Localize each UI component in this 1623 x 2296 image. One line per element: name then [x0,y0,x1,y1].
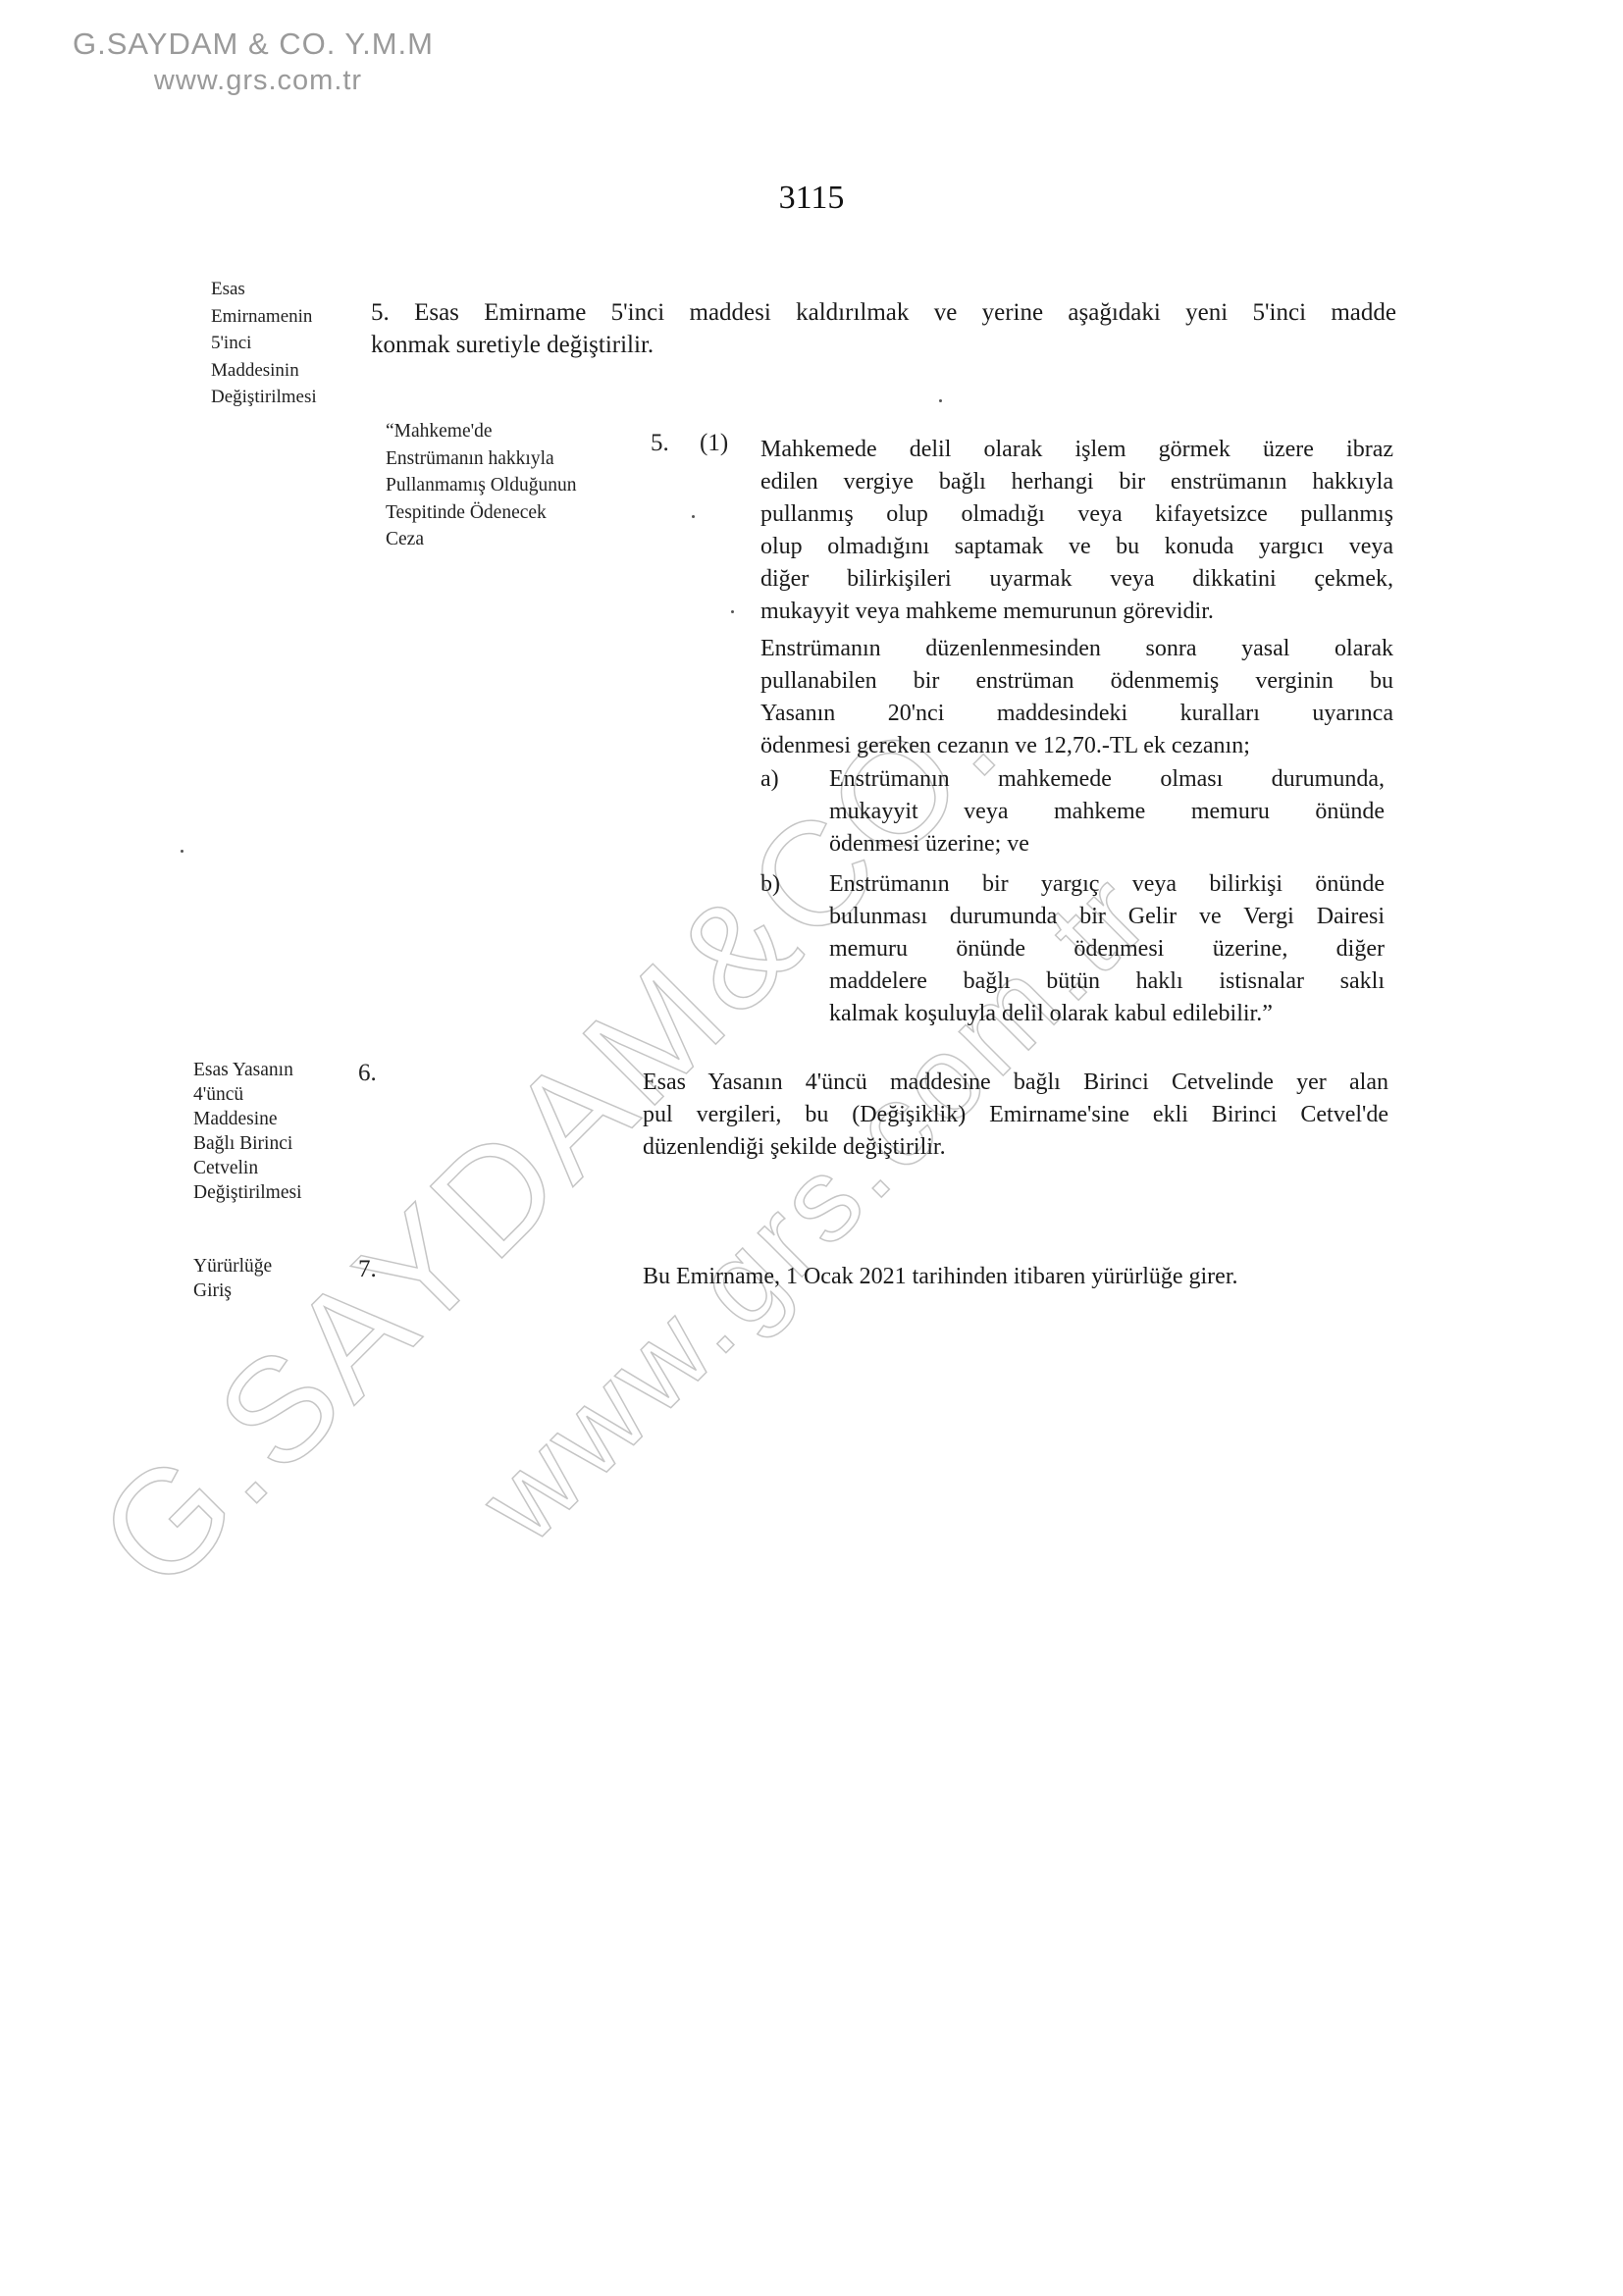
section6-number: 6. [358,1060,377,1087]
scan-speck [181,850,183,853]
text-line: Bu Emirname, 1 Ocak 2021 tarihinden itib… [643,1261,1388,1293]
sub-item-b: b) Enstrümanın bir yargıç veya bilirkişi… [760,868,1393,1035]
text-line: konmak suretiyle değiştirilir. [371,329,1396,361]
sub-item-text: Enstrümanın bir yargıç veya bilirkişi ön… [829,868,1385,1030]
text-line: pullanmış olup olmadığı veya kifayetsizc… [760,498,1393,531]
text-line: Enstrümanın mahkemede olması durumunda, [829,763,1385,796]
side-title-line: Tespitinde Ödenecek [386,499,641,527]
text-line: pul vergileri, bu (Değişiklik) Emirname'… [643,1099,1388,1131]
firm-website: www.grs.com.tr [47,63,459,98]
text-line: mukayyit veya mahkeme memurunun görevidi… [760,596,1393,628]
margin-line: Cetvelin [193,1156,350,1180]
text-line: memuru önünde ödenmesi üzerine, diğer [829,933,1385,965]
side-title-line: Ceza [386,526,641,553]
sub-item-a: a) Enstrümanın mahkemede olması durumund… [760,763,1393,861]
section5-intro: 5. Esas Emirname 5'inci maddesi kaldırıl… [371,296,1396,361]
text-line: Enstrümanın düzenlenmesinden sonra yasal… [760,633,1393,665]
scan-speck [939,399,942,402]
sub-item-label: a) [760,763,779,796]
clause-number: (1) [700,430,728,457]
text-line: diğer bilirkişileri uyarmak veya dikkati… [760,563,1393,596]
firm-name: G.SAYDAM & CO. Y.M.M [47,26,459,63]
section7-number: 7. [358,1256,377,1283]
margin-line: 4'üncü [193,1082,350,1107]
text-line: kalmak koşuluyla delil olarak kabul edil… [829,998,1385,1030]
margin-line: Emirnamenin [211,303,348,331]
text-line: Mahkemede delil olarak işlem görmek üzer… [760,434,1393,466]
sub-item-text: Enstrümanın mahkemede olması durumunda, … [829,763,1385,861]
margin-line: Yürürlüğe [193,1254,350,1278]
section5-margin-title: Esas Emirnamenin 5'inci Maddesinin Değiş… [211,276,348,411]
margin-line: Değiştirilmesi [193,1180,350,1205]
text-line: edilen vergiye bağlı herhangi bir enstrü… [760,466,1393,498]
text-line: Yasanın 20'nci maddesindeki kuralları uy… [760,698,1393,730]
side-title-line: “Mahkeme'de [386,418,641,445]
margin-line: Değiştirilmesi [211,384,348,411]
clause-paragraph-1: Mahkemede delil olarak işlem görmek üzer… [760,434,1393,628]
page-number: 3115 [0,180,1623,217]
new-article-side-title: “Mahkeme'de Enstrümanın hakkıyla Pullanm… [386,418,641,553]
text-line: ödenmesi üzerine; ve [829,828,1385,861]
text-line: 5. Esas Emirname 5'inci maddesi kaldırıl… [371,296,1396,329]
new-article-number: 5. [651,430,669,457]
text-line: Esas Yasanın 4'üncü maddesine bağlı Biri… [643,1067,1388,1099]
margin-line: Maddesinin [211,357,348,385]
margin-line: Esas Yasanın [193,1058,350,1082]
section7-margin-title: Yürürlüğe Giriş [193,1254,350,1303]
text-line: olup olmadığını saptamak ve bu konuda ya… [760,531,1393,563]
text-line: düzenlendiği şekilde değiştirilir. [643,1131,1388,1164]
margin-line: 5'inci [211,330,348,357]
section6-margin-title: Esas Yasanın 4'üncü Maddesine Bağlı Biri… [193,1058,350,1205]
scan-speck [692,515,695,518]
clause-paragraph-2: Enstrümanın düzenlenmesinden sonra yasal… [760,633,1393,762]
section6-text: Esas Yasanın 4'üncü maddesine bağlı Biri… [643,1067,1388,1164]
section7-text: Bu Emirname, 1 Ocak 2021 tarihinden itib… [643,1261,1388,1293]
text-line: bulunması durumunda bir Gelir ve Vergi D… [829,901,1385,933]
text-line: mukayyit veya mahkeme memuru önünde [829,796,1385,828]
text-line: pullanabilen bir enstrüman ödenmemiş ver… [760,665,1393,698]
side-title-line: Enstrümanın hakkıyla [386,445,641,473]
margin-line: Esas [211,276,348,303]
text-line: Enstrümanın bir yargıç veya bilirkişi ön… [829,868,1385,901]
side-title-line: Pullanmamış Olduğunun [386,472,641,499]
scan-speck [731,610,734,613]
margin-line: Maddesine [193,1107,350,1131]
text-line: maddelere bağlı bütün haklı istisnalar s… [829,965,1385,998]
margin-line: Giriş [193,1278,350,1303]
sub-item-label: b) [760,868,780,901]
header-firm-stamp: G.SAYDAM & CO. Y.M.M www.grs.com.tr [47,26,459,98]
margin-line: Bağlı Birinci [193,1131,350,1156]
text-line: ödenmesi gereken cezanın ve 12,70.-TL ek… [760,730,1393,762]
